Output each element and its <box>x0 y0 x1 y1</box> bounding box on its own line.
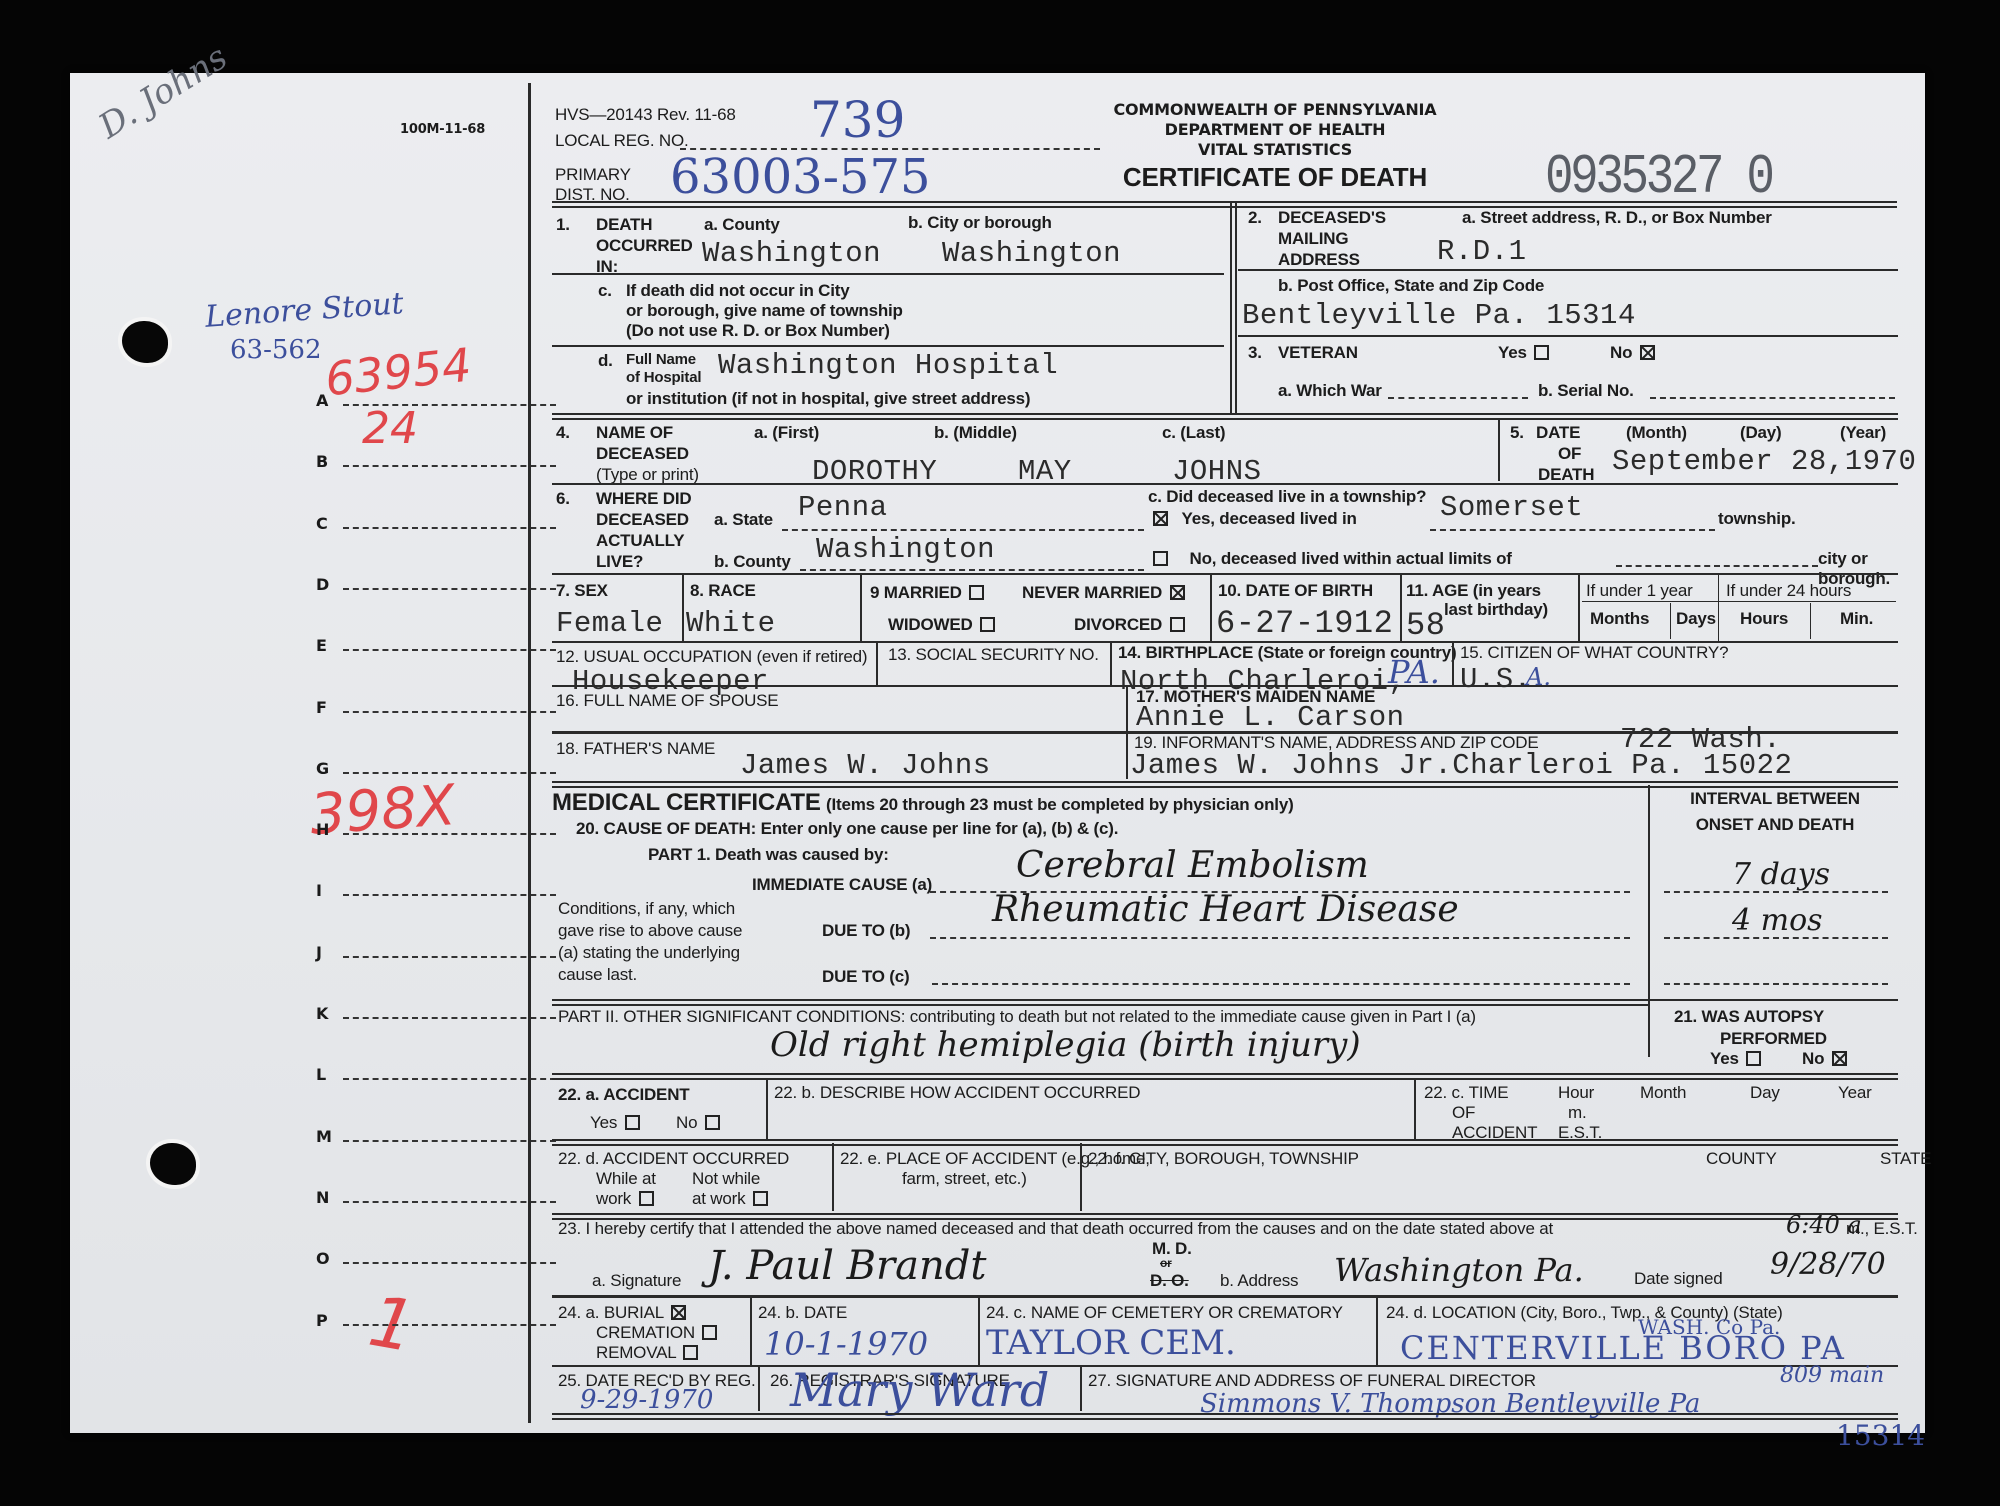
part1-bottom-rule <box>552 999 1648 1001</box>
veteran-yes-checkbox[interactable] <box>1534 345 1549 360</box>
margin-row-letter: I <box>316 881 322 900</box>
margin-row-line[interactable] <box>343 649 556 651</box>
veteran-no-checkbox[interactable] <box>1640 345 1655 360</box>
days-label: Days <box>1676 609 1716 629</box>
death-city-label: b. City or borough <box>908 213 1052 233</box>
item2-label-1: DECEASED'S <box>1278 208 1386 228</box>
citizen-label: 15. CITIZEN OF WHAT COUNTRY? <box>1460 643 1728 663</box>
township-yes-label: Yes, deceased lived in <box>1182 509 1357 528</box>
dob-label: 10. DATE OF BIRTH <box>1218 581 1373 601</box>
registrar-director-divider <box>1080 1367 1082 1411</box>
margin-row-d: D <box>316 575 556 599</box>
marital-dob-divider <box>1210 575 1212 641</box>
informant-value[interactable]: James W. Johns Jr.Charleroi Pa. 15022 <box>1130 749 1792 782</box>
accident-b-c-divider <box>1414 1079 1416 1139</box>
item1d-letter: d. <box>598 351 613 371</box>
under-year-label: If under 1 year <box>1586 581 1693 601</box>
registrar-signature-value[interactable]: Mary Ward <box>790 1363 1049 1417</box>
bottom-rule <box>552 1413 1898 1415</box>
margin-row-line[interactable] <box>343 1017 556 1019</box>
birth-citizen-divider <box>1452 643 1454 685</box>
section-rule-2 <box>552 483 1898 485</box>
margin-row-line[interactable] <box>343 404 556 406</box>
widowed-label: WIDOWED <box>888 615 973 634</box>
burial-date-value[interactable]: 10-1-1970 <box>764 1325 928 1363</box>
conditions-note-1: Conditions, if any, which <box>558 899 735 919</box>
stub-divider <box>528 83 531 1423</box>
margin-row-letter: O <box>316 1249 330 1268</box>
accident-yes-option[interactable]: Yes <box>590 1113 643 1133</box>
married-option[interactable]: 9 MARRIED <box>870 583 987 603</box>
margin-row-line[interactable] <box>343 711 556 713</box>
accident-county-label: COUNTY <box>1706 1149 1777 1169</box>
item1c-label-1: If death did not occur in City <box>626 281 850 301</box>
cremation-label: CREMATION <box>596 1323 695 1342</box>
signature-label: a. Signature <box>592 1271 681 1291</box>
item1-2-divider-2 <box>1235 203 1237 415</box>
conditions-note-2: gave rise to above cause <box>558 921 742 941</box>
item1c-rule <box>552 345 1224 347</box>
margin-row-c: C <box>316 514 556 538</box>
accident-no-checkbox[interactable] <box>705 1115 720 1130</box>
margin-row-l: L <box>316 1065 556 1089</box>
ssn-birth-divider <box>1110 643 1112 685</box>
cremation-option[interactable]: CREMATION <box>596 1323 720 1343</box>
township-no-option[interactable]: No, deceased lived within actual limits … <box>1150 549 1512 569</box>
form-id: HVS—20143 Rev. 11-68 <box>555 105 736 125</box>
widowed-option[interactable]: WIDOWED <box>888 615 998 635</box>
certification-statement: 23. I hereby certify that I attended the… <box>558 1219 1553 1239</box>
burial-rule <box>552 1365 1898 1367</box>
dob-value[interactable]: 6-27-1912 <box>1216 605 1393 642</box>
immediate-interval-value[interactable]: 7 days <box>1732 857 1830 892</box>
not-at-work-option[interactable]: at work <box>692 1189 771 1209</box>
margin-row-line[interactable] <box>343 465 556 467</box>
item4-label-1: NAME OF <box>596 423 673 443</box>
removal-checkbox[interactable] <box>683 1345 698 1360</box>
death-day-label: (Day) <box>1740 423 1782 443</box>
margin-row-o: O <box>316 1249 556 1273</box>
cemetery-location-value[interactable]: CENTERVILLE BORO PA <box>1400 1329 1846 1367</box>
certificate-number: 0935327 0 <box>1545 145 1771 209</box>
township-question: c. Did deceased live in a township? <box>1148 487 1426 507</box>
margin-row-line[interactable] <box>343 772 556 774</box>
autopsy-yes-checkbox[interactable] <box>1746 1051 1761 1066</box>
conditions-note-3: (a) stating the underlying <box>558 943 740 963</box>
veteran-no-option[interactable]: No <box>1610 343 1658 363</box>
margin-row-letter: J <box>316 943 322 962</box>
date-signed-value[interactable]: 9/28/70 <box>1770 1247 1886 1282</box>
item1-num: 1. <box>556 215 570 235</box>
item1c-letter: c. <box>598 281 612 301</box>
age-value[interactable]: 58 <box>1406 607 1445 644</box>
accident-e-f-divider <box>1080 1143 1082 1211</box>
township-yes-option[interactable]: Yes, deceased lived in <box>1150 509 1357 529</box>
accident-no-option[interactable]: No <box>676 1113 723 1133</box>
date-signed-label: Date signed <box>1634 1269 1723 1289</box>
item2a-rule <box>1238 269 1898 271</box>
due-b-interval-value[interactable]: 4 mos <box>1732 903 1823 938</box>
death-certificate-document: D. Johns 100M-11-68 Lenore Stout 63-562 … <box>70 73 1925 1433</box>
margin-row-letter: P <box>316 1311 328 1330</box>
hours-min-divider <box>1810 603 1811 639</box>
never-married-checkbox[interactable] <box>1170 585 1185 600</box>
accident-hour-label: Hour <box>1558 1083 1594 1103</box>
race-label: 8. RACE <box>690 581 756 601</box>
accident-yes-label: Yes <box>590 1113 617 1132</box>
under-day-label: If under 24 hours <box>1726 581 1851 601</box>
township-yes-checkbox[interactable] <box>1153 511 1168 526</box>
item4-num: 4. <box>556 423 570 443</box>
margin-row-letter: F <box>316 698 327 717</box>
father-informant-divider <box>1126 733 1128 779</box>
margin-row-j: J <box>316 943 556 967</box>
cemetery-name-value[interactable]: TAYLOR CEM. <box>986 1323 1236 1363</box>
removal-label: REMOVAL <box>596 1343 676 1362</box>
item1-label-1: DEATH <box>596 215 652 235</box>
removal-option[interactable]: REMOVAL <box>596 1343 701 1363</box>
do-label: D. O. <box>1150 1271 1189 1291</box>
margin-row-line[interactable] <box>343 833 556 835</box>
accident-time-label-2: OF <box>1452 1103 1475 1123</box>
local-reg-label: LOCAL REG. NO. <box>555 131 689 151</box>
section-rule-1 <box>552 413 1898 415</box>
margin-row-line[interactable] <box>343 588 556 590</box>
accident-occurred-label: 22. d. ACCIDENT OCCURRED <box>558 1149 789 1169</box>
interval-bottom-rule <box>1648 999 1898 1001</box>
immediate-cause-value[interactable]: Cerebral Embolism <box>1016 845 1369 886</box>
physician-signature[interactable]: J. Paul Brandt <box>708 1243 986 1289</box>
primary-label: PRIMARY <box>555 165 631 185</box>
township-no-checkbox[interactable] <box>1153 551 1168 566</box>
race-value[interactable]: White <box>686 607 776 640</box>
immediate-cause-label: IMMEDIATE CAUSE (a) <box>752 875 932 895</box>
margin-row-line[interactable] <box>343 1078 556 1080</box>
while-at-work-option[interactable]: work <box>596 1189 657 1209</box>
accident-label: 22. a. ACCIDENT <box>558 1085 689 1105</box>
item5-label-2: OF <box>1558 444 1581 464</box>
accident-d-e-divider <box>832 1143 834 1211</box>
margin-row-m: M <box>316 1127 556 1151</box>
date-cemetery-divider <box>978 1297 980 1365</box>
margin-row-line[interactable] <box>343 1201 556 1203</box>
margin-row-letter: D <box>316 575 329 594</box>
agency-line-2: DEPARTMENT OF HEALTH <box>1050 121 1500 139</box>
item1d-label-3: or institution (if not in hospital, give… <box>626 389 1030 409</box>
margin-row-letter: M <box>316 1127 332 1146</box>
cremation-checkbox[interactable] <box>702 1325 717 1340</box>
citizen-value[interactable]: U.S. <box>1460 663 1532 696</box>
part2-label: PART II. OTHER SIGNIFICANT CONDITIONS: c… <box>558 1007 1476 1027</box>
margin-row-i: I <box>316 881 556 905</box>
widowed-checkbox[interactable] <box>980 617 995 632</box>
burial-date-label: 24. b. DATE <box>758 1303 847 1323</box>
father-name-label: 18. FATHER'S NAME <box>556 739 715 759</box>
autopsy-label-1: 21. WAS AUTOPSY <box>1674 1007 1824 1027</box>
accident-a-b-divider <box>766 1079 768 1139</box>
physician-address[interactable]: Washington Pa. <box>1334 1251 1584 1289</box>
item2-label-3: ADDRESS <box>1278 250 1360 270</box>
item1d-label-2: of Hospital <box>626 369 701 386</box>
item6-label-1: WHERE DID <box>596 489 691 509</box>
which-war-label: a. Which War <box>1278 381 1382 401</box>
autopsy-yes-option[interactable]: Yes <box>1710 1049 1764 1069</box>
item5-num: 5. <box>1510 423 1524 443</box>
veteran-no-label: No <box>1610 343 1632 362</box>
agency-line-3: VITAL STATISTICS <box>1050 141 1500 159</box>
cemetery-name-label: 24. c. NAME OF CEMETERY OR CREMATORY <box>986 1303 1343 1323</box>
margin-row-line[interactable] <box>343 527 556 529</box>
due-c-interval-line[interactable] <box>1664 983 1888 985</box>
margin-row-letter: E <box>316 636 327 655</box>
item4-5-divider <box>1498 419 1500 481</box>
section-rule-7 <box>552 781 1898 783</box>
burial-checkbox[interactable] <box>671 1305 686 1320</box>
item6-label-4: LIVE? <box>596 552 643 572</box>
township-line <box>1430 529 1715 531</box>
part2-value[interactable]: Old right hemiplegia (birth injury) <box>770 1025 1361 1065</box>
autopsy-no-checkbox[interactable] <box>1832 1051 1847 1066</box>
interval-label-1: INTERVAL BETWEEN <box>1652 789 1898 809</box>
item1-label-2: OCCURRED <box>596 236 693 256</box>
accident-city-label: 22. f. CITY, BOROUGH, TOWNSHIP <box>1088 1149 1359 1169</box>
part1-label: PART 1. Death was caused by: <box>648 845 889 865</box>
serial-no-line[interactable] <box>1650 397 1895 399</box>
margin-row-line[interactable] <box>343 1140 556 1142</box>
medical-certificate-subtitle: (Items 20 through 23 must be completed b… <box>826 795 1294 815</box>
item2-label-2: MAILING <box>1278 229 1348 249</box>
margin-row-letter: G <box>316 759 329 778</box>
occ-ssn-divider <box>876 643 878 685</box>
local-reg-value: 739 <box>810 91 905 149</box>
months-days-divider <box>1670 603 1671 639</box>
veteran-yes-label: Yes <box>1498 343 1527 362</box>
conditions-note-4: cause last. <box>558 965 637 985</box>
margin-note-blue-number: 63-562 <box>230 335 322 365</box>
divorced-option[interactable]: DIVORCED <box>1074 615 1188 635</box>
item4-label-2: DECEASED <box>596 444 689 464</box>
never-married-option[interactable]: NEVER MARRIED <box>1022 583 1188 603</box>
residence-county-line <box>800 569 1144 571</box>
not-at-work-label-1: Not while <box>692 1169 760 1189</box>
age-label-1: 11. AGE (in years <box>1406 581 1541 601</box>
form-print-code: 100M-11-68 <box>400 123 485 138</box>
min-label: Min. <box>1840 609 1873 629</box>
margin-row-g: G <box>316 759 556 783</box>
residence-county-label: b. County <box>714 552 791 572</box>
while-at-work-label-2: work <box>596 1189 631 1208</box>
autopsy-no-label: No <box>1802 1049 1824 1068</box>
margin-row-line[interactable] <box>343 1324 556 1326</box>
margin-note-name: D. Johns <box>92 37 234 147</box>
item1-2-divider <box>1230 203 1232 415</box>
serial-no-label: b. Serial No. <box>1538 381 1634 401</box>
accident-day-label: Day <box>1750 1083 1780 1103</box>
days-hours-divider <box>1718 575 1719 641</box>
header-rule <box>552 201 1897 203</box>
certification-time-suffix: m., E.S.T. <box>1846 1219 1918 1239</box>
autopsy-yes-label: Yes <box>1710 1049 1739 1068</box>
death-year-label: (Year) <box>1840 423 1886 443</box>
margin-row-letter: A <box>316 391 328 410</box>
interval-label-2: ONSET AND DEATH <box>1652 815 1898 835</box>
sex-label: 7. SEX <box>556 581 608 601</box>
item6-label-3: ACTUALLY <box>596 531 684 551</box>
item1-rule <box>552 273 1224 275</box>
sex-value[interactable]: Female <box>556 607 663 640</box>
residence-state-value[interactable]: Penna <box>798 491 888 524</box>
funeral-director-zip: 15314 <box>1836 1419 1925 1452</box>
punch-hole-bottom <box>150 1143 196 1185</box>
margin-row-k: K <box>316 1004 556 1028</box>
margin-row-letter: C <box>316 514 328 533</box>
item1d-label-1: Full Name <box>626 351 696 368</box>
margin-row-letter: K <box>316 1004 328 1023</box>
margin-row-p: P <box>316 1311 556 1335</box>
margin-row-b: B <box>316 452 556 476</box>
residence-county-value[interactable]: Washington <box>816 533 995 566</box>
while-at-work-checkbox[interactable] <box>639 1191 654 1206</box>
funeral-director-label: 27. SIGNATURE AND ADDRESS OF FUNERAL DIR… <box>1088 1371 1536 1391</box>
agency-line-1: COMMONWEALTH OF PENNSYLVANIA <box>1050 101 1500 119</box>
first-name-label: a. (First) <box>754 423 819 443</box>
margin-row-a: A <box>316 391 556 415</box>
not-at-work-label-2: at work <box>692 1189 745 1208</box>
mother-maiden-value[interactable]: Annie L. Carson <box>1136 701 1405 734</box>
autopsy-no-option[interactable]: No <box>1802 1049 1850 1069</box>
divorced-checkbox[interactable] <box>1170 617 1185 632</box>
residence-state-label: a. State <box>714 510 773 530</box>
spouse-mother-divider <box>1126 687 1128 731</box>
death-county-value[interactable]: Washington <box>702 237 881 270</box>
accident-rule-1 <box>552 1139 1898 1141</box>
residence-state-line <box>782 529 1144 531</box>
city-limits-line[interactable] <box>1616 565 1818 567</box>
ssn-label: 13. SOCIAL SECURITY NO. <box>888 645 1099 665</box>
section-rule-3 <box>552 573 1898 575</box>
accident-month-label: Month <box>1640 1083 1686 1103</box>
months-label: Months <box>1590 609 1649 629</box>
margin-row-letter: B <box>316 452 328 471</box>
veteran-label: VETERAN <box>1278 343 1358 363</box>
post-office-label: b. Post Office, State and Zip Code <box>1278 276 1544 296</box>
punch-hole-top <box>122 321 168 363</box>
dob-age-divider <box>1400 575 1402 641</box>
never-married-label: NEVER MARRIED <box>1022 583 1162 602</box>
accident-yes-checkbox[interactable] <box>625 1115 640 1130</box>
hours-label: Hours <box>1740 609 1788 629</box>
item1c-label-3: (Do not use R. D. or Box Number) <box>626 321 890 341</box>
medical-certificate-title: MEDICAL CERTIFICATE <box>552 789 821 817</box>
burial-date-divider <box>750 1297 752 1365</box>
cemetery-location-divider <box>1376 1297 1378 1365</box>
post-office-value[interactable]: Bentleyville Pa. 15314 <box>1242 299 1636 332</box>
date-of-death-value[interactable]: September 28,1970 <box>1612 445 1916 478</box>
accident-describe-label: 22. b. DESCRIBE HOW ACCIDENT OCCURRED <box>774 1083 1140 1103</box>
certificate-title: CERTIFICATE OF DEATH <box>1050 163 1500 193</box>
item2-num: 2. <box>1248 208 1262 228</box>
margin-row-f: F <box>316 698 556 722</box>
infant-rule <box>1582 601 1896 602</box>
margin-row-letter: N <box>316 1188 329 1207</box>
primary-dist-value: 63003-575 <box>670 149 931 205</box>
date-received-value[interactable]: 9-29-1970 <box>580 1385 713 1415</box>
while-at-work-label-1: While at <box>596 1169 656 1189</box>
accident-year-label: Year <box>1838 1083 1872 1103</box>
divorced-label: DIVORCED <box>1074 615 1162 634</box>
address-label: b. Address <box>1220 1271 1298 1291</box>
accident-no-label: No <box>676 1113 697 1132</box>
last-name-label: c. (Last) <box>1162 423 1225 443</box>
item3-num: 3. <box>1248 343 1262 363</box>
township-value[interactable]: Somerset <box>1440 491 1583 524</box>
married-label: 9 MARRIED <box>870 583 962 602</box>
margin-row-line[interactable] <box>343 894 556 896</box>
sex-race-divider <box>682 575 684 641</box>
accident-rule-2 <box>552 1213 1898 1215</box>
burial-option[interactable]: 24. a. BURIAL <box>558 1303 689 1323</box>
occupation-label: 12. USUAL OCCUPATION (even if retired) <box>556 647 867 667</box>
due-to-b-label: DUE TO (b) <box>822 921 910 941</box>
autopsy-label-2: PERFORMED <box>1720 1029 1827 1049</box>
cause-of-death-label: 20. CAUSE OF DEATH: Enter only one cause… <box>576 819 1118 839</box>
received-registrar-divider <box>758 1367 760 1411</box>
item5-label-1: DATE <box>1536 423 1580 443</box>
township-suffix: township. <box>1718 509 1796 529</box>
funeral-director-address-top: 809 main <box>1780 1363 1884 1388</box>
which-war-line[interactable] <box>1388 397 1528 399</box>
medical-bottom-rule <box>552 1073 1898 1075</box>
certification-rule <box>552 1295 1898 1298</box>
or-label: or <box>1160 1257 1172 1271</box>
due-to-b-value[interactable]: Rheumatic Heart Disease <box>992 889 1459 930</box>
item1c-label-2: or borough, give name of township <box>626 301 903 321</box>
margin-row-letter: H <box>316 820 329 839</box>
margin-row-h: H <box>316 820 556 844</box>
item6-label-2: DECEASED <box>596 510 689 530</box>
margin-row-line[interactable] <box>343 1262 556 1264</box>
race-marital-divider <box>860 575 862 641</box>
veteran-yes-option[interactable]: Yes <box>1498 343 1552 363</box>
due-to-c-line[interactable] <box>932 983 1630 985</box>
due-to-c-label: DUE TO (c) <box>822 967 909 987</box>
due-to-b-line <box>930 937 1630 939</box>
accident-state-label: STATE <box>1880 1149 1931 1169</box>
death-month-label: (Month) <box>1626 423 1687 443</box>
mailing-street-value[interactable]: R.D.1 <box>1437 235 1527 268</box>
item6-num: 6. <box>556 489 570 509</box>
married-checkbox[interactable] <box>969 585 984 600</box>
accident-time-label-1: 22. c. TIME <box>1424 1083 1508 1103</box>
item5-label-3: DEATH <box>1538 465 1594 485</box>
mailing-street-label: a. Street address, R. D., or Box Number <box>1462 208 1772 228</box>
margin-row-e: E <box>316 636 556 660</box>
margin-note-blue-name: Lenore Stout <box>204 286 405 335</box>
interval-divider <box>1648 785 1650 1057</box>
accident-place-label-2: farm, street, etc.) <box>902 1169 1027 1189</box>
age-infant-divider <box>1578 575 1580 641</box>
margin-row-line[interactable] <box>343 956 556 958</box>
not-at-work-checkbox[interactable] <box>753 1191 768 1206</box>
margin-row-letter: L <box>316 1065 326 1084</box>
accident-m-label: m. <box>1568 1103 1586 1123</box>
item2b-rule <box>1238 335 1898 337</box>
burial-label: 24. a. BURIAL <box>558 1303 663 1322</box>
hospital-value[interactable]: Washington Hospital <box>718 349 1058 382</box>
spouse-label: 16. FULL NAME OF SPOUSE <box>556 691 778 711</box>
father-name-value[interactable]: James W. Johns <box>740 749 991 782</box>
death-city-value[interactable]: Washington <box>942 237 1121 270</box>
